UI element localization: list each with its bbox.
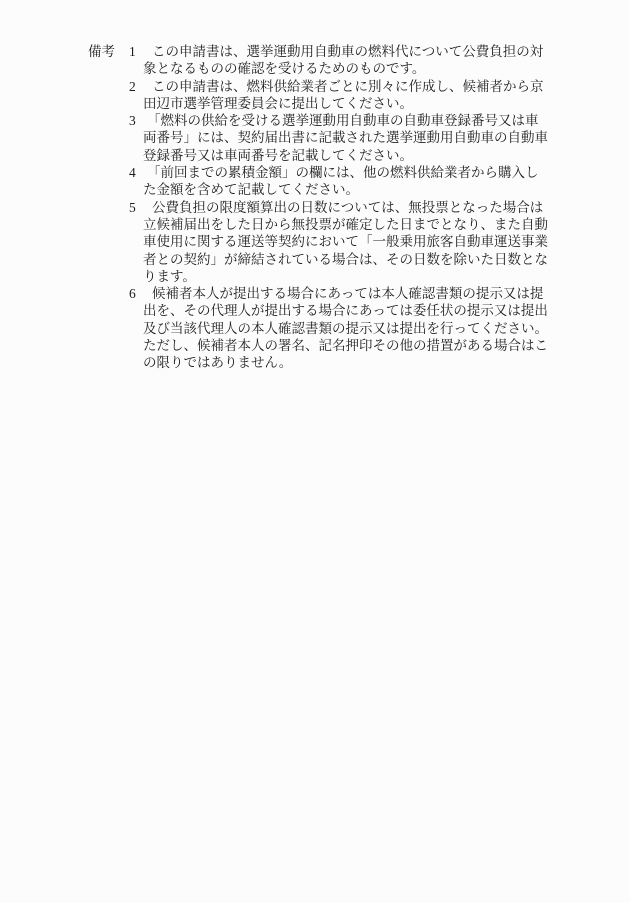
remark-line: 田辺市選挙管理委員会に提出してください。 <box>143 95 548 112</box>
remark-item-3: 3 「燃料の供給を受ける選挙運動用自動車の自動車登録番号又は車 両番号」には、契… <box>129 112 548 164</box>
remark-number: 4 <box>129 164 136 181</box>
remark-line: 登録番号又は車両番号を記載してください。 <box>143 147 548 164</box>
remark-item-1: 1 この申請書は、選挙運動用自動車の燃料代について公費負担の対 象となるものの確… <box>129 43 548 78</box>
remark-item-6: 6 候補者本人が提出する場合にあっては本人確認書類の提示又は提 出を、その代理人… <box>129 285 548 371</box>
remark-line: 「燃料の供給を受ける選挙運動用自動車の自動車登録番号又は車 <box>143 112 548 129</box>
remark-line: 出を、その代理人が提出する場合にあっては委任状の提示又は提出 <box>143 302 548 319</box>
remark-line: 者との契約」が締結されている場合は、その日数を除いた日数とな <box>143 251 548 268</box>
remark-line: 候補者本人が提出する場合にあっては本人確認書類の提示又は提 <box>143 285 548 302</box>
remark-line: 立候補届出をした日から無投票が確定した日までとなり、また自動 <box>143 216 548 233</box>
remark-number: 6 <box>129 285 136 302</box>
remark-item-5: 5 公費負担の限度額算出の日数については、無投票となった場合は 立候補届出をした… <box>129 199 548 285</box>
remark-line: た金額を含めて記載してください。 <box>143 181 548 198</box>
remark-line: 象となるものの確認を受けるためのものです。 <box>143 60 548 77</box>
remark-line: この申請書は、選挙運動用自動車の燃料代について公費負担の対 <box>143 43 548 60</box>
remark-line: の限りではありません。 <box>143 354 548 371</box>
remark-line: ります。 <box>143 268 548 285</box>
remarks-items: 1 この申請書は、選挙運動用自動車の燃料代について公費負担の対 象となるものの確… <box>129 43 548 372</box>
remarks-section: 備考 1 この申請書は、選挙運動用自動車の燃料代について公費負担の対 象となるも… <box>88 43 548 372</box>
remark-line: 車使用に関する運送等契約において「一般乗用旅客自動車運送事業 <box>143 233 548 250</box>
remark-number: 3 <box>129 112 136 129</box>
document-page: 備考 1 この申請書は、選挙運動用自動車の燃料代について公費負担の対 象となるも… <box>0 0 630 903</box>
remark-number: 2 <box>129 78 136 95</box>
remark-number: 1 <box>129 43 136 60</box>
remark-number: 5 <box>129 199 136 216</box>
remark-line: 両番号」には、契約届出書に記載された選挙運動用自動車の自動車 <box>143 129 548 146</box>
remarks-label: 備考 <box>88 43 115 60</box>
remark-line: ただし、候補者本人の署名、記名押印その他の措置がある場合はこ <box>143 337 548 354</box>
remark-item-4: 4 「前回までの累積金額」の欄には、他の燃料供給業者から購入し た金額を含めて記… <box>129 164 548 199</box>
remark-line: 及び当該代理人の本人確認書類の提示又は提出を行ってください。 <box>143 320 548 337</box>
remark-item-2: 2 この申請書は、燃料供給業者ごとに別々に作成し、候補者から京 田辺市選挙管理委… <box>129 78 548 113</box>
remark-line: 「前回までの累積金額」の欄には、他の燃料供給業者から購入し <box>143 164 548 181</box>
remark-line: 公費負担の限度額算出の日数については、無投票となった場合は <box>143 199 548 216</box>
remark-line: この申請書は、燃料供給業者ごとに別々に作成し、候補者から京 <box>143 78 548 95</box>
